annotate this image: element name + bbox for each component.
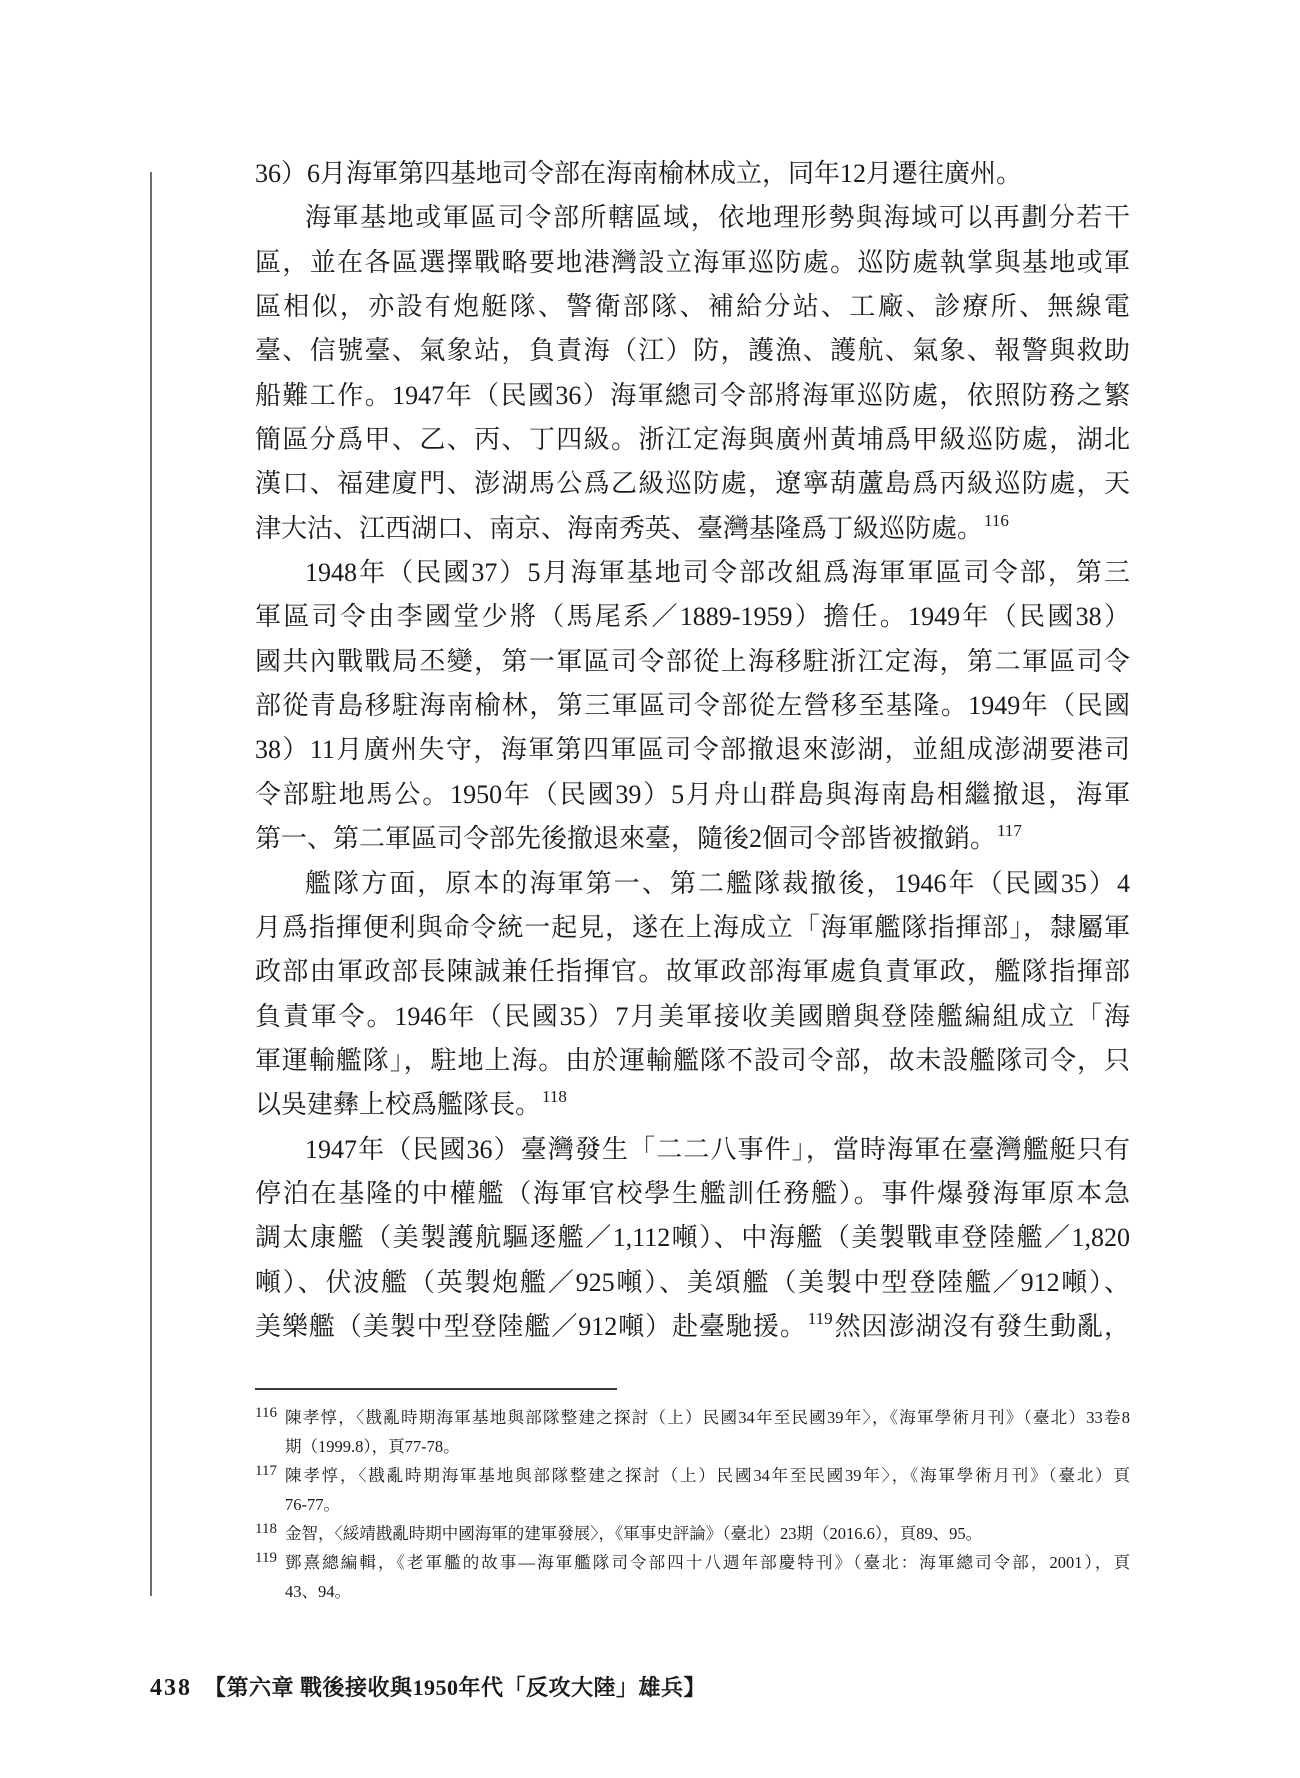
footnote-text: 鄧熹總編輯，《老軍艦的故事—海軍艦隊司令部四十八週年部慶特刊》（臺北：海軍總司令…	[285, 1548, 1130, 1606]
footnote-number: 118	[255, 1515, 285, 1544]
body-line: 1947年（民國36）臺灣發生「二二八事件」，當時海軍在臺灣艦艇只有	[255, 1128, 1130, 1172]
body-line: 政部由軍政部長陳誠兼任指揮官。故軍政部海軍處負責軍政，艦隊指揮部	[255, 950, 1130, 994]
body-line: 38）11月廣州失守，海軍第四軍區司令部撤退來澎湖，並組成澎湖要港司	[255, 728, 1130, 772]
footnote-ref: 117	[997, 821, 1022, 840]
body-line: 海軍基地或軍區司令部所轄區域，依地理形勢與海域可以再劃分若干	[255, 196, 1130, 240]
body-line: 36）6月海軍第四基地司令部在海南榆林成立，同年12月遷往廣州。	[255, 152, 1130, 196]
footnote-line: 陳孝惇，〈戡亂時期海軍基地與部隊整建之探討（上）民國34年至民國39年〉，《海軍…	[285, 1403, 1130, 1432]
footnote-ref: 119	[808, 1309, 833, 1328]
body-line: 負責軍令。1946年（民國35）7月美軍接收美國贈與登陸艦編組成立「海	[255, 995, 1130, 1039]
body-line: 津大沽、江西湖口、南京、海南秀英、臺灣基隆爲丁級巡防處。116	[255, 507, 1130, 551]
body-line: 部從青島移駐海南榆林，第三軍區司令部從左營移至基隆。1949年（民國	[255, 684, 1130, 728]
chapter-title: 【第六章 戰後接收與1950年代「反攻大陸」雄兵】	[204, 1675, 706, 1700]
body-line: 調太康艦（美製護航驅逐艦／1,112噸）、中海艦（美製戰車登陸艦／1,820	[255, 1216, 1130, 1260]
paragraph: 艦隊方面，原本的海軍第一、第二艦隊裁撤後，1946年（民國35）4月爲指揮便利與…	[255, 862, 1130, 1128]
body-line: 區相似，亦設有炮艇隊、警衛部隊、補給分站、工廠、診療所、無線電	[255, 285, 1130, 329]
body-line: 以吳建彝上校爲艦隊長。118	[255, 1083, 1130, 1127]
book-page: 36）6月海軍第四基地司令部在海南榆林成立，同年12月遷往廣州。海軍基地或軍區司…	[0, 0, 1300, 1778]
body-line: 漢口、福建廈門、澎湖馬公爲乙級巡防處，遼寧葫蘆島爲丙級巡防處，天	[255, 462, 1130, 506]
body-line: 美樂艦（美製中型登陸艦／912噸）赴臺馳援。119然因澎湖沒有發生動亂，	[255, 1305, 1130, 1349]
footnote-line: 金智，〈綏靖戡亂時期中國海軍的建軍發展〉，《軍事史評論》（臺北）23期（2016…	[285, 1519, 1130, 1548]
body-line: 軍運輸艦隊」，駐地上海。由於運輸艦隊不設司令部，故未設艦隊司令，只	[255, 1039, 1130, 1083]
body-line: 停泊在基隆的中權艦（海軍官校學生艦訓任務艦）。事件爆發海軍原本急	[255, 1172, 1130, 1216]
page-footer: 438【第六章 戰後接收與1950年代「反攻大陸」雄兵】	[150, 1671, 706, 1702]
footnote-number: 116	[255, 1399, 285, 1428]
body-line: 簡區分爲甲、乙、丙、丁四級。浙江定海與廣州黃埔爲甲級巡防處，湖北	[255, 418, 1130, 462]
footnote-number: 117	[255, 1457, 285, 1486]
footnote-ref: 118	[542, 1087, 567, 1106]
footnote-ref: 116	[984, 511, 1009, 530]
footnote: 118金智，〈綏靖戡亂時期中國海軍的建軍發展〉，《軍事史評論》（臺北）23期（2…	[255, 1519, 1130, 1548]
left-margin-rule	[150, 172, 152, 1596]
footnote-line: 76-77。	[285, 1490, 1130, 1519]
footnote-text: 陳孝惇，〈戡亂時期海軍基地與部隊整建之探討（上）民國34年至民國39年〉，《海軍…	[285, 1403, 1130, 1461]
footnote: 116陳孝惇，〈戡亂時期海軍基地與部隊整建之探討（上）民國34年至民國39年〉，…	[255, 1403, 1130, 1461]
body-line: 1948年（民國37）5月海軍基地司令部改組爲海軍軍區司令部，第三	[255, 551, 1130, 595]
paragraph: 海軍基地或軍區司令部所轄區域，依地理形勢與海域可以再劃分若干區，並在各區選擇戰略…	[255, 196, 1130, 551]
footnote-line: 陳孝惇，〈戡亂時期海軍基地與部隊整建之探討（上）民國34年至民國39年〉，《海軍…	[285, 1461, 1130, 1490]
paragraph: 1948年（民國37）5月海軍基地司令部改組爲海軍軍區司令部，第三軍區司令由李國…	[255, 551, 1130, 861]
page-number: 438	[150, 1675, 192, 1701]
footnote-separator-rule	[255, 1388, 617, 1390]
body-line: 令部駐地馬公。1950年（民國39）5月舟山群島與海南島相繼撤退，海軍	[255, 773, 1130, 817]
paragraph: 1947年（民國36）臺灣發生「二二八事件」，當時海軍在臺灣艦艇只有停泊在基隆的…	[255, 1128, 1130, 1350]
footnote-text: 金智，〈綏靖戡亂時期中國海軍的建軍發展〉，《軍事史評論》（臺北）23期（2016…	[285, 1519, 1130, 1548]
body-line: 月爲指揮便利與命令統一起見，遂在上海成立「海軍艦隊指揮部」，隸屬軍	[255, 906, 1130, 950]
paragraph: 36）6月海軍第四基地司令部在海南榆林成立，同年12月遷往廣州。	[255, 152, 1130, 196]
body-line: 第一、第二軍區司令部先後撤退來臺，隨後2個司令部皆被撤銷。117	[255, 817, 1130, 861]
footnote-line: 期（1999.8），頁77-78。	[285, 1432, 1130, 1461]
footnotes: 116陳孝惇，〈戡亂時期海軍基地與部隊整建之探討（上）民國34年至民國39年〉，…	[255, 1403, 1130, 1606]
body-line: 船難工作。1947年（民國36）海軍總司令部將海軍巡防處，依照防務之繁	[255, 374, 1130, 418]
body-line: 區，並在各區選擇戰略要地港灣設立海軍巡防處。巡防處執掌與基地或軍	[255, 241, 1130, 285]
body-line: 艦隊方面，原本的海軍第一、第二艦隊裁撤後，1946年（民國35）4	[255, 862, 1130, 906]
body-line: 臺、信號臺、氣象站，負責海（江）防，護漁、護航、氣象、報警與救助	[255, 329, 1130, 373]
body-line: 噸）、伏波艦（英製炮艦／925噸）、美頌艦（美製中型登陸艦／912噸）、	[255, 1261, 1130, 1305]
footnote-line: 鄧熹總編輯，《老軍艦的故事—海軍艦隊司令部四十八週年部慶特刊》（臺北：海軍總司令…	[285, 1548, 1130, 1577]
footnote: 117陳孝惇，〈戡亂時期海軍基地與部隊整建之探討（上）民國34年至民國39年〉，…	[255, 1461, 1130, 1519]
footnote: 119鄧熹總編輯，《老軍艦的故事—海軍艦隊司令部四十八週年部慶特刊》（臺北：海軍…	[255, 1548, 1130, 1606]
footnote-line: 43、94。	[285, 1577, 1130, 1606]
footnote-number: 119	[255, 1544, 285, 1573]
footnote-text: 陳孝惇，〈戡亂時期海軍基地與部隊整建之探討（上）民國34年至民國39年〉，《海軍…	[285, 1461, 1130, 1519]
body-line: 國共內戰戰局丕變，第一軍區司令部從上海移駐浙江定海，第二軍區司令	[255, 640, 1130, 684]
body-text: 36）6月海軍第四基地司令部在海南榆林成立，同年12月遷往廣州。海軍基地或軍區司…	[255, 152, 1130, 1349]
body-line: 軍區司令由李國堂少將（馬尾系／1889-1959）擔任。1949年（民國38）	[255, 595, 1130, 639]
